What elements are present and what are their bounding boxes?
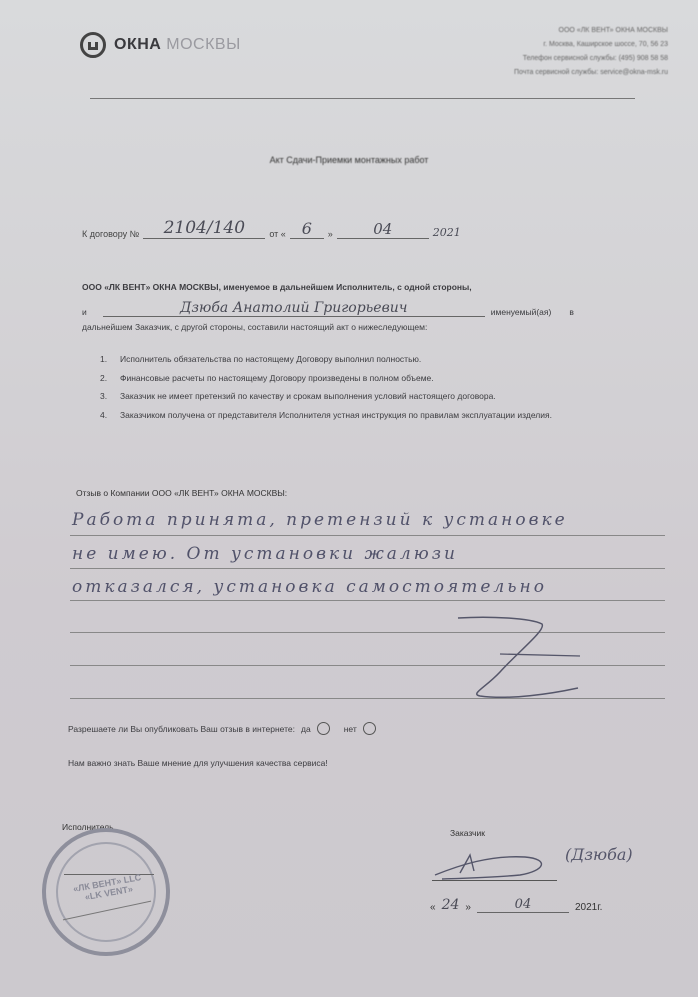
publish-consent: Разрешаете ли Вы опубликовать Ваш отзыв … [68, 722, 376, 735]
date-month: 04 [477, 897, 569, 913]
review-line [70, 535, 665, 536]
company-logo: ОКНА МОСКВЫ [80, 32, 241, 58]
document-page: ОКНА МОСКВЫ ООО «ЛК ВЕНТ» ОКНА МОСКВЫ г.… [0, 0, 698, 997]
publish-no-radio[interactable] [363, 722, 376, 735]
contract-number: 2104/140 [143, 218, 265, 239]
company-name: ООО «ЛК ВЕНТ» ОКНА МОСКВЫ [514, 24, 668, 38]
review-line [70, 568, 665, 569]
customer-signature-name: (Дзюба) [565, 845, 633, 864]
company-phone: Телефон сервисной службы: (495) 908 58 5… [514, 52, 668, 66]
date-day: 24 [442, 897, 460, 913]
customer-signature-scribble [430, 845, 570, 885]
signature-line [432, 880, 557, 881]
header-divider [90, 98, 635, 99]
review-text-line: отказался, установка самостоятельно [72, 577, 547, 597]
review-label: Отзыв о Компании ООО «ЛК ВЕНТ» ОКНА МОСК… [76, 488, 287, 498]
contract-reference: К договору № 2104/140 от « 6 » 04 2021 [82, 218, 461, 239]
clause-item: 3.Заказчик не имеет претензий по качеств… [100, 387, 670, 406]
logo-icon [80, 32, 106, 58]
company-stamp: «ЛК ВЕНТ» LLC «LK VENT» [42, 828, 170, 956]
review-text-line: не имею. От установки жалюзи [72, 544, 458, 564]
company-details: ООО «ЛК ВЕНТ» ОКНА МОСКВЫ г. Москва, Каш… [514, 24, 668, 80]
parties-line-2: и Дзюба Анатолий Григорьевич именуемый(а… [82, 300, 672, 317]
document-title: Акт Сдачи-Приемки монтажных работ [0, 155, 698, 165]
review-text-line: Работа принята, претензий к установке [72, 510, 568, 530]
clause-item: 4.Заказчиком получена от представителя И… [100, 406, 670, 425]
service-note: Нам важно знать Ваше мнение для улучшени… [68, 758, 328, 768]
signature-date: « 24 » 04 2021г. [430, 897, 602, 913]
contract-month: 04 [337, 220, 429, 239]
clause-item: 2.Финансовые расчеты по настоящему Догов… [100, 369, 670, 388]
customer-name: Дзюба Анатолий Григорьевич [103, 300, 485, 317]
review-close-scribble [450, 610, 600, 710]
company-address: г. Москва, Каширское шоссе, 70, 56 23 [514, 38, 668, 52]
review-line [70, 600, 665, 601]
logo-text: ОКНА МОСКВЫ [114, 36, 241, 54]
company-email: Почта сервисной службы: service@okna-msk… [514, 66, 668, 80]
parties-line-1: ООО «ЛК ВЕНТ» ОКНА МОСКВЫ, именуемое в д… [82, 282, 672, 292]
parties-line-3: дальнейшем Заказчик, с другой стороны, с… [82, 322, 427, 332]
clauses-list: 1.Исполнитель обязательства по настоящем… [100, 350, 670, 424]
clause-item: 1.Исполнитель обязательства по настоящем… [100, 350, 670, 369]
contract-year: 2021 [433, 226, 461, 239]
publish-yes-radio[interactable] [317, 722, 330, 735]
date-year: 2021г. [575, 902, 602, 913]
customer-label: Заказчик [450, 828, 485, 838]
contract-day: 6 [290, 219, 324, 239]
